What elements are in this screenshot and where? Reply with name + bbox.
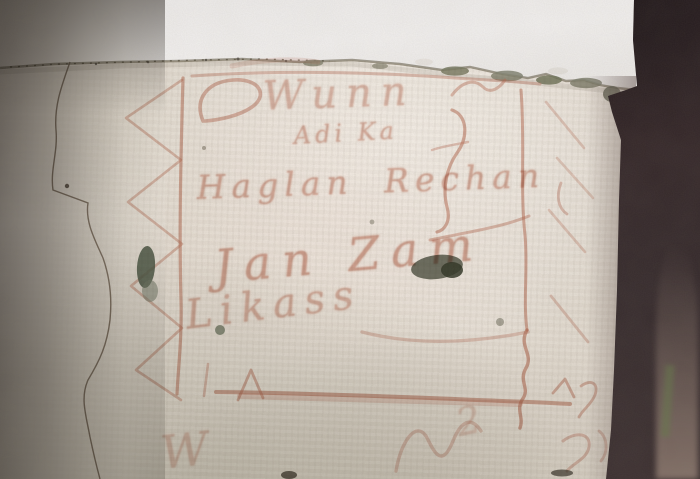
film-grain-overlay xyxy=(0,0,700,479)
wall-photo: Wunn Adi Ka Haglan Rechan Jan Zam Likass… xyxy=(0,0,700,479)
